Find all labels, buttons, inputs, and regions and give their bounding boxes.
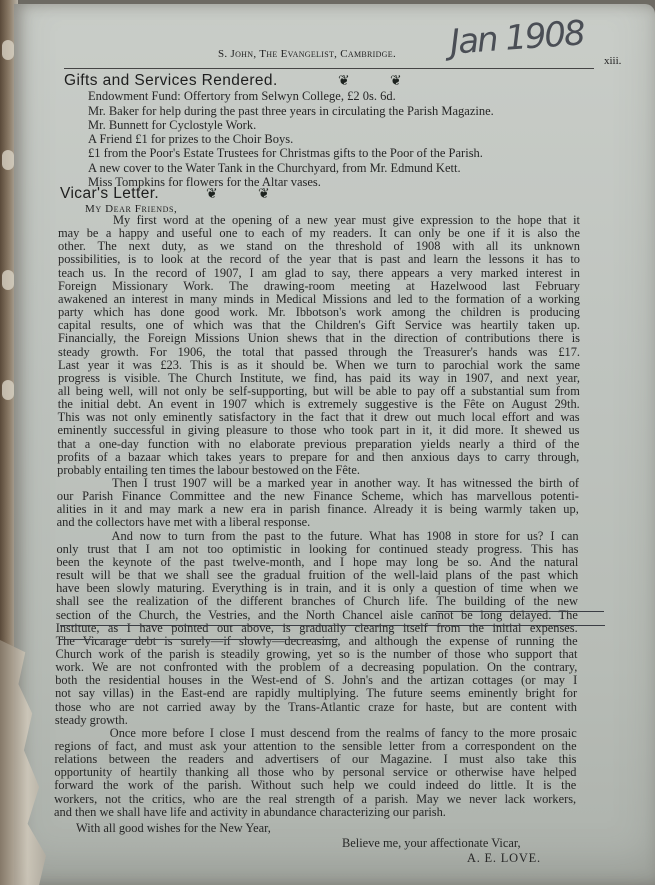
fleuron-ornament-icon: ❦ (258, 186, 270, 203)
letter-line: all being well, will not only be self-su… (58, 385, 580, 398)
letter-line: may be a happy and useful one to each of… (58, 227, 580, 240)
letter-line: that a one-day function with no elaborat… (57, 438, 579, 451)
letter-line: capital results, one of which was that t… (58, 319, 580, 332)
letter-line: both the residential houses in the West-… (55, 674, 577, 687)
valediction: Believe me, your affectionate Vicar, (342, 836, 521, 851)
letter-line: only trust that I am not too optimistic … (56, 543, 578, 556)
letter-line: relations between the readers and advert… (55, 753, 577, 766)
letter-line: Once more before I close I must descend … (110, 727, 577, 740)
gifts-heading: Gifts and Services Rendered. (64, 72, 278, 90)
fleuron-ornament-icon: ❦ (206, 186, 218, 203)
gift-item: £1 from the Poor's Estate Trustees for C… (88, 146, 483, 161)
letter-line: profits of a bazaar which takes years to… (57, 451, 579, 464)
letter-line: alities in it and may mark a new era in … (57, 503, 579, 516)
letter-line: forward the work of the parish. Without … (54, 779, 576, 792)
letter-line: those who are not carried away by the Tr… (55, 701, 577, 714)
letter-line: our Parish Finance Committee and the new… (57, 490, 579, 503)
letter-line: probably entailing ten times the labour … (57, 464, 579, 477)
letter-line: teach us. In the record of 1907, I am gl… (58, 267, 580, 280)
header-rule (64, 68, 594, 69)
gift-item: A Friend £1 for prizes to the Choir Boys… (88, 132, 293, 147)
letter-line: steady growth. (55, 714, 577, 727)
letter-line: Church work of the parish is steadily gr… (55, 648, 577, 661)
binding-stitch (2, 270, 14, 290)
letter-line: Foreign Missionary Work. The drawing-roo… (58, 280, 580, 293)
letter-line: steady growth. For 1906, the total that … (58, 346, 580, 359)
letter-line: party which has done good work. Mr. Ibbo… (58, 306, 580, 319)
letter-line: regions of fact, and must ask your atten… (55, 740, 577, 753)
letter-line: and then we shall have life and activity… (54, 806, 576, 819)
gift-item: Endowment Fund: Offertory from Selwyn Co… (88, 89, 396, 104)
letter-line: awakened an interest in many minds in Me… (58, 293, 580, 306)
letter-line: and the collectors have met with a liber… (57, 516, 579, 529)
closing-wish: With all good wishes for the New Year, (76, 821, 271, 836)
letter-line: opportunity of heartily thanking all tho… (54, 766, 576, 779)
binding-stitch (2, 150, 14, 170)
letter-line: result will be that we shall see the gra… (56, 569, 578, 582)
letter-line: have been slowly maturing. Everything is… (56, 582, 578, 595)
letter-line: other. The next duty, as we stand on the… (58, 240, 580, 253)
letter-line: This was not only eminently satisfactory… (58, 411, 580, 424)
letter-line: The Vicarage debt is surely—if slowly—de… (56, 635, 578, 648)
running-head-title: S. John, The Evangelist, Cambridge. (218, 48, 396, 60)
letter-line: shall see the realization of the differe… (56, 595, 578, 608)
binding-stitch (2, 40, 14, 60)
letter-line: work. We are not confronted with the pro… (55, 661, 577, 674)
gift-item: Mr. Baker for help during the past three… (88, 104, 494, 119)
signature: A. E. LOVE. (467, 851, 541, 866)
letter-line: workers, not the critics, who are the re… (54, 793, 576, 806)
letter-line: been the keynote of the past twelve-mont… (56, 556, 578, 569)
gift-item: A new cover to the Water Tank in the Chu… (88, 161, 461, 176)
letter-line: Financially, the Foreign Missions Union … (58, 332, 580, 345)
page-number: xiii. (604, 55, 621, 67)
fleuron-ornament-icon: ❦ (338, 73, 350, 90)
letter-line: Then I trust 1907 will be a marked year … (112, 477, 579, 490)
binding-stitch (2, 380, 14, 400)
letter-line: not say villas) in the East-end are rapi… (55, 687, 577, 700)
letter-line: eminently successful in giving pleasure … (58, 424, 580, 437)
vicars-letter-heading: Vicar's Letter. (60, 185, 159, 203)
pencil-underline (436, 611, 604, 612)
fleuron-ornament-icon: ❦ (390, 73, 402, 90)
letter-line: Last year it was £23. This is as it shou… (58, 359, 580, 372)
letter-line: progress is visible. The Church Institut… (58, 372, 580, 385)
pencil-underline (60, 625, 605, 626)
pencil-underline (60, 639, 338, 640)
letter-line: Institute, as I have pointed out above, … (56, 622, 578, 635)
gift-item: Mr. Bunnett for Cyclostyle Work. (88, 118, 256, 133)
letter-line: And now to turn from the past to the fut… (112, 530, 579, 543)
letter-line: the initial debt. An event in 1907 which… (58, 398, 580, 411)
letter-line: My first word at the opening of a new ye… (113, 214, 580, 227)
letter-line: possibilities, is to look at the record … (58, 253, 580, 266)
